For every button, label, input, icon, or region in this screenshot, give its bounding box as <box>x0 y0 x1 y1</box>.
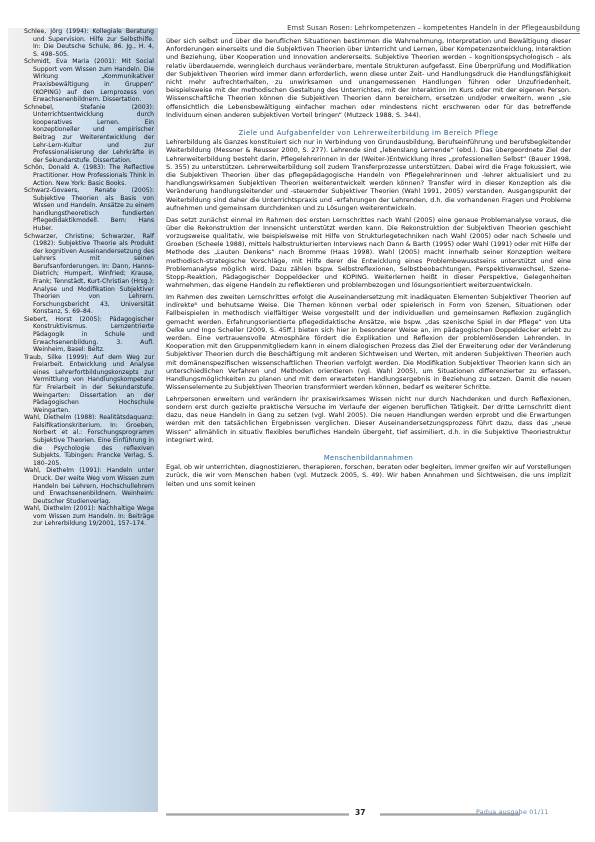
reference-item: Traub, Silke (1999): Auf dem Weg zur Fre… <box>24 354 154 414</box>
section-heading: Menschenbildannahmen <box>166 454 571 462</box>
reference-item: Schlee, Jörg (1994): Kollegiale Beratung… <box>24 28 154 58</box>
paragraph: Lehrerbildung als Ganzes konstituiert si… <box>166 138 571 212</box>
paragraph: Das setzt zunächst einmal im Rahmen des … <box>166 216 571 290</box>
reference-item: Wahl, Diethelm (2001): Nachhaltige Wege … <box>24 505 154 528</box>
section-heading: Ziele und Aufgabenfelder von Lehrerweite… <box>166 129 571 137</box>
footer-rule <box>166 813 349 816</box>
reference-item: Wahl, Diethelm (1988): Realitätsdaquanz:… <box>24 414 154 467</box>
reference-list: Schlee, Jörg (1994): Kollegiale Beratung… <box>24 28 154 528</box>
reference-item: Schön, Donald A. (1983): The Reflective … <box>24 164 154 187</box>
reference-item: Schwarzer, Christine; Schwarzer, Ralf (1… <box>24 233 154 316</box>
running-head: Ernst Susan Rosen: Lehrkompetenzen – kom… <box>232 24 580 34</box>
reference-item: Siebert, Horst (2005): Pädagogischer Kon… <box>24 316 154 354</box>
reference-item: Schwarz-Govaers, Renate (2005): Subjekti… <box>24 187 154 232</box>
main-text-column: über sich selbst und über die berufliche… <box>166 37 571 491</box>
page-number: 37 <box>355 808 365 817</box>
paragraph: Im Rahmen des zweiten Lernschrittes erfo… <box>166 293 571 391</box>
reference-item: Schmidt, Eva Maria (2001): Mit Social Su… <box>24 58 154 103</box>
journal-name: Padua ausgabe 01/11 <box>476 809 549 816</box>
paragraph: Lehrpersonen erweitern und verändern ihr… <box>166 395 571 444</box>
reference-item: Wahl, Diethelm (1991): Handeln unter Dru… <box>24 467 154 505</box>
reference-item: Schnebel, Stefanie (2003): Unterrichtsen… <box>24 104 154 164</box>
paragraph: über sich selbst und über die berufliche… <box>166 37 571 119</box>
paragraph: Egal, ob wir unterrichten, diagnostizier… <box>166 463 571 488</box>
